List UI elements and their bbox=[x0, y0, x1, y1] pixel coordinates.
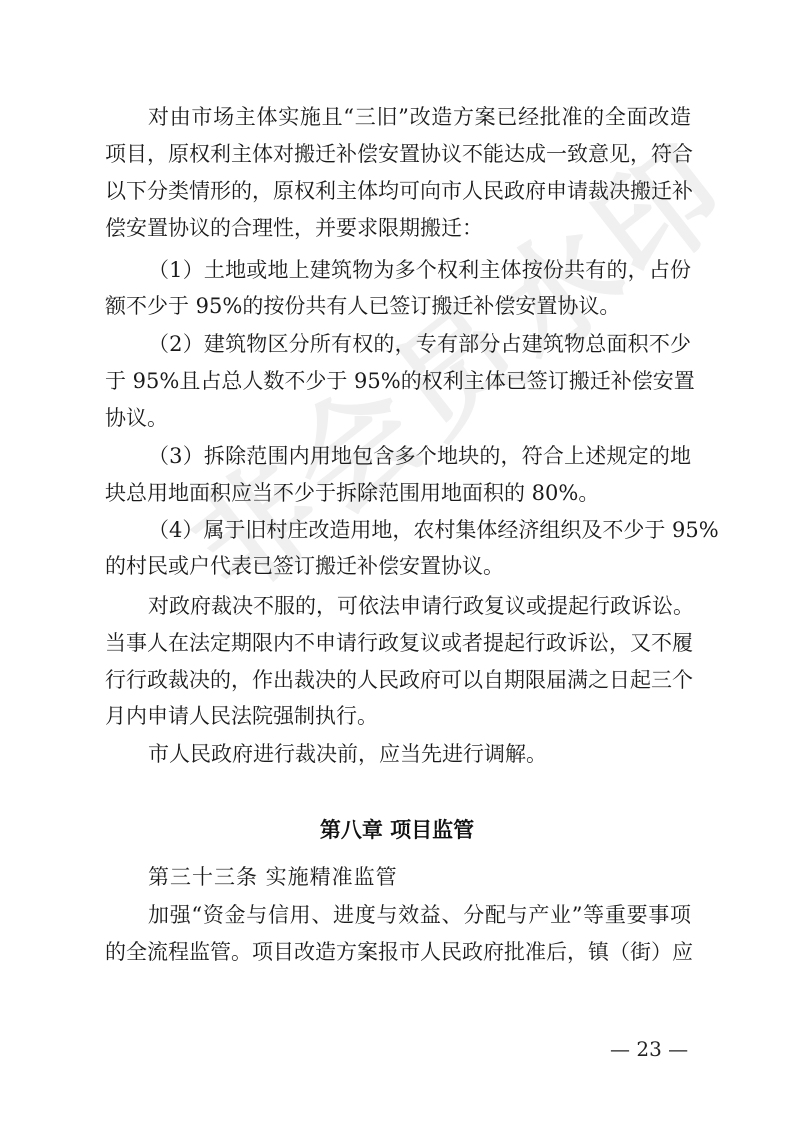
paragraph-line: 对政府裁决不服的，可依法申请行政复议或提起行政诉讼。 bbox=[148, 593, 691, 619]
watermark: 非会员水印 bbox=[150, 96, 760, 626]
document-page: 非会员水印 对由市场主体实施且“三旧”改造方案已经批准的全面改造 项目，原权利主… bbox=[0, 0, 794, 1123]
paragraph-line: 以下分类情形的，原权利主体均可向市人民政府申请裁决搬迁补 bbox=[105, 178, 691, 204]
page-number: — 23 — bbox=[610, 1037, 688, 1061]
paragraph-line: 月内申请人民法院强制执行。 bbox=[105, 703, 691, 729]
paragraph-line: 对由市场主体实施且“三旧”改造方案已经批准的全面改造 bbox=[148, 104, 691, 130]
list-item-line: 协议。 bbox=[105, 405, 691, 431]
paragraph-line: 行行政裁决的，作出裁决的人民政府可以自期限届满之日起三个 bbox=[105, 667, 691, 693]
list-item-line: （1）土地或地上建筑物为多个权利主体按份共有的，占份 bbox=[148, 257, 691, 283]
list-item-line: 于 95%且占总人数不少于 95%的权利主体已签订搬迁补偿安置 bbox=[105, 368, 691, 394]
paragraph-line: 的全流程监管。项目改造方案报市人民政府批准后，镇（街）应 bbox=[105, 939, 691, 965]
paragraph-line: 加强“资金与信用、进度与效益、分配与产业”等重要事项 bbox=[148, 902, 691, 928]
section-heading: 第三十三条 实施精准监管 bbox=[148, 864, 398, 890]
paragraph-line: 当事人在法定期限内不申请行政复议或者提起行政诉讼，又不履 bbox=[105, 630, 691, 656]
list-item-line: （3）拆除范围内用地包含多个地块的，符合上述规定的地 bbox=[148, 443, 691, 469]
list-item-line: （4）属于旧村庄改造用地，农村集体经济组织及不少于 95% bbox=[148, 517, 691, 543]
list-item-line: 块总用地面积应当不少于拆除范围用地面积的 80%。 bbox=[105, 480, 691, 506]
paragraph-line: 市人民政府进行裁决前，应当先进行调解。 bbox=[148, 741, 691, 767]
paragraph-line: 项目，原权利主体对搬迁补偿安置协议不能达成一致意见，符合 bbox=[105, 141, 691, 167]
list-item-line: 额不少于 95%的按份共有人已签订搬迁补偿安置协议。 bbox=[105, 293, 691, 319]
paragraph-line: 偿安置协议的合理性，并要求限期搬迁： bbox=[105, 215, 691, 241]
chapter-heading: 第八章 项目监管 bbox=[0, 816, 794, 844]
list-item-line: 的村民或户代表已签订搬迁补偿安置协议。 bbox=[105, 553, 691, 579]
list-item-line: （2）建筑物区分所有权的，专有部分占建筑物总面积不少 bbox=[148, 331, 691, 357]
